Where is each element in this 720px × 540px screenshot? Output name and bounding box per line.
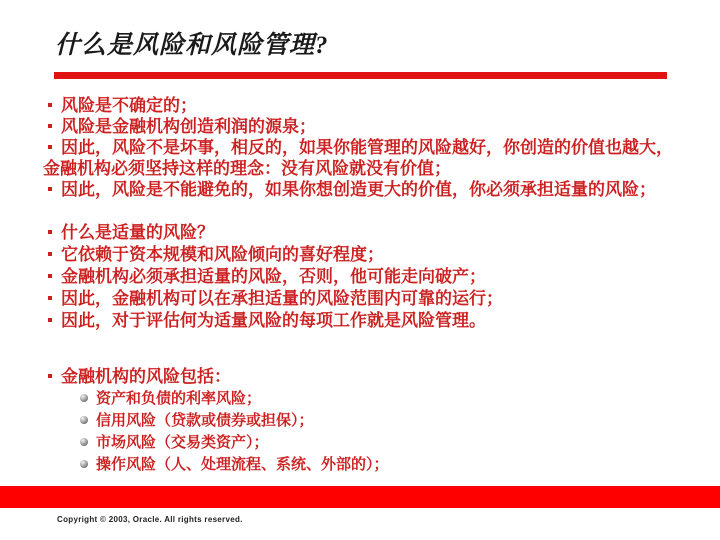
sphere-bullet-icon bbox=[80, 438, 88, 446]
sphere-bullet-icon bbox=[80, 460, 88, 468]
bullet-text: 因此，对于评估何为适量风险的每项工作就是风险管理。 bbox=[61, 311, 486, 330]
bullet-block-1: 风险是不确定的； 风险是金融机构创造利润的源泉； 因此，风险不是坏事，相反的，如… bbox=[43, 95, 675, 200]
square-bullet-icon bbox=[48, 318, 52, 322]
bullet-item: 什么是适量的风险？ bbox=[43, 222, 675, 244]
sub-bullet-item: 信用风险（贷款或债券或担保）； bbox=[43, 410, 675, 432]
sub-bullet-item: 市场风险（交易类资产）； bbox=[43, 432, 675, 454]
square-bullet-icon bbox=[48, 187, 52, 191]
slide: 什么是风险和风险管理? 风险是不确定的； 风险是金融机构创造利润的源泉； 因此，… bbox=[0, 0, 720, 540]
square-bullet-icon bbox=[48, 145, 52, 149]
bullet-item: 风险是不确定的； bbox=[43, 95, 675, 116]
bullet-item: 金融机构必须承担适量的风险，否则，他可能走向破产； bbox=[43, 266, 675, 288]
square-bullet-icon bbox=[48, 103, 52, 107]
bullet-text: 它依赖于资本规模和风险倾向的喜好程度； bbox=[61, 245, 384, 264]
title-underline bbox=[54, 72, 667, 79]
copyright-text: Copyright © 2003, Oracle. All rights res… bbox=[57, 514, 243, 526]
slide-body: 风险是不确定的； 风险是金融机构创造利润的源泉； 因此，风险不是坏事，相反的，如… bbox=[43, 95, 675, 476]
bullet-item: 风险是金融机构创造利润的源泉； bbox=[43, 116, 675, 137]
bullet-block-2: 什么是适量的风险？ 它依赖于资本规模和风险倾向的喜好程度； 金融机构必须承担适量… bbox=[43, 222, 675, 332]
sub-bullet-item: 资产和负债的利率风险； bbox=[43, 388, 675, 410]
bullet-item: 它依赖于资本规模和风险倾向的喜好程度； bbox=[43, 244, 675, 266]
square-bullet-icon bbox=[48, 252, 52, 256]
sub-bullet-text: 资产和负债的利率风险； bbox=[96, 390, 261, 407]
bullet-text: 因此，金融机构可以在承担适量的风险范围内可靠的运行； bbox=[61, 289, 503, 308]
bullet-text: 金融机构必须承担适量的风险，否则，他可能走向破产； bbox=[61, 267, 486, 286]
bottom-accent-bar bbox=[0, 486, 720, 508]
square-bullet-icon bbox=[48, 296, 52, 300]
page-title: 什么是风险和风险管理? bbox=[55, 30, 329, 62]
square-bullet-icon bbox=[48, 274, 52, 278]
bullet-text: 因此，风险不是坏事，相反的，如果你能管理的风险越好，你创造的价值也越大，金融机构… bbox=[43, 138, 673, 178]
bullet-block-3: 金融机构的风险包括： 资产和负债的利率风险； 信用风险（贷款或债券或担保）； 市… bbox=[43, 366, 675, 476]
bullet-text: 因此，风险是不能避免的，如果你想创造更大的价值，你必须承担适量的风险； bbox=[61, 180, 656, 199]
bullet-item: 因此，风险不是坏事，相反的，如果你能管理的风险越好，你创造的价值也越大，金融机构… bbox=[43, 137, 675, 179]
sub-bullet-text: 操作风险（人、处理流程、系统、外部的）； bbox=[96, 456, 389, 473]
bullet-text: 什么是适量的风险？ bbox=[61, 223, 214, 242]
bullet-text: 风险是金融机构创造利润的源泉； bbox=[61, 117, 316, 136]
bullet-item: 因此，风险是不能避免的，如果你想创造更大的价值，你必须承担适量的风险； bbox=[43, 179, 675, 200]
sphere-bullet-icon bbox=[80, 416, 88, 424]
square-bullet-icon bbox=[48, 124, 52, 128]
bullet-text: 风险是不确定的； bbox=[61, 96, 197, 115]
bullet-text: 金融机构的风险包括： bbox=[61, 367, 231, 386]
square-bullet-icon bbox=[48, 374, 52, 378]
bullet-item: 金融机构的风险包括： bbox=[43, 366, 675, 388]
bullet-item: 因此，金融机构可以在承担适量的风险范围内可靠的运行； bbox=[43, 288, 675, 310]
sub-bullet-list: 资产和负债的利率风险； 信用风险（贷款或债券或担保）； 市场风险（交易类资产）；… bbox=[43, 388, 675, 476]
bullet-item: 因此，对于评估何为适量风险的每项工作就是风险管理。 bbox=[43, 310, 675, 332]
sub-bullet-item: 操作风险（人、处理流程、系统、外部的）； bbox=[43, 454, 675, 476]
square-bullet-icon bbox=[48, 230, 52, 234]
sub-bullet-text: 信用风险（贷款或债券或担保）； bbox=[96, 412, 314, 429]
sphere-bullet-icon bbox=[80, 394, 88, 402]
sub-bullet-text: 市场风险（交易类资产）； bbox=[96, 434, 269, 451]
